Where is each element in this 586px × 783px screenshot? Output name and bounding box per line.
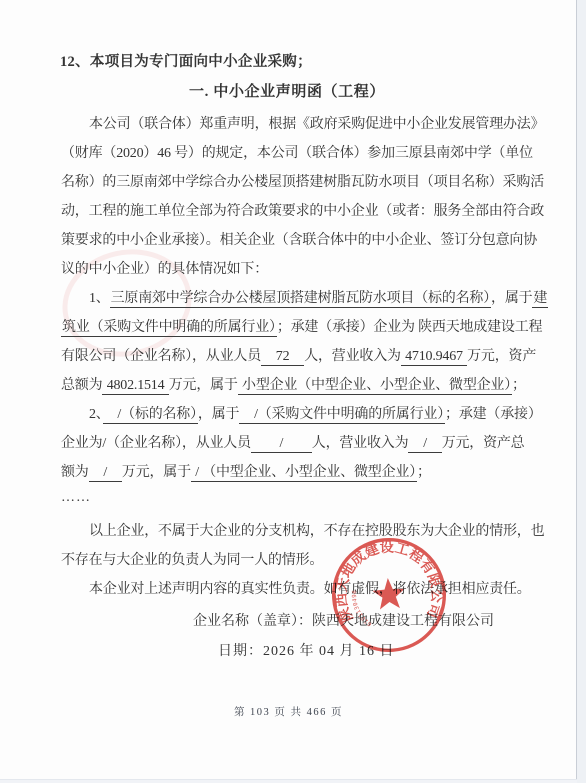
underlined-text: 筑业（采购文件中明确的所属行业） — [61, 320, 277, 337]
seal-serial-number: 6101130496 — [352, 588, 374, 628]
text-line: 1、三原南郊中学综合办公楼屋顶搭建树脂瓦防水项目（标的名称），属于建 — [61, 284, 533, 313]
text-line: 策要求的中小企业承接）。相关企业（含联合体中的中小企业、签订分包意向协 — [61, 226, 533, 255]
plain-text: 有限公司（企业名称），从业人员 — [61, 349, 261, 364]
plain-text: 策要求的中小企业承接）。相关企业（含联合体中的中小企业、签订分包意向协 — [61, 233, 537, 248]
text-line: 以上企业，不属于大企业的分支机构，不存在控股股东为大企业的情形，也 — [61, 517, 533, 546]
underlined-text: / — [89, 465, 122, 482]
plain-text: ； — [512, 378, 526, 393]
page-number-footer: 第 103 页 共 466 页 — [0, 704, 577, 719]
text-line: 总额为 4802.1514 万元，属于 小型企业（中型企业、小型企业、微型企业）… — [61, 371, 533, 400]
document-body: 本公司（联合体）郑重声明，根据《政府采购促进中小企业发展管理办法》（财库（202… — [61, 110, 533, 604]
plain-text: ，属于 — [198, 407, 239, 422]
underlined-text: 小型企业（中型企业、小型企业、微型企业） — [238, 378, 512, 395]
plain-text: ；承建（承接）企业为 陕西天地成建设工程 — [277, 320, 543, 335]
document-page: 12、本项目为专门面向中小企业采购； 一. 中小企业声明函（工程） 本公司（联合… — [0, 0, 586, 783]
text-line: 有限公司（企业名称），从业人员 72 人，营业收入为 4710.9467 万元，… — [61, 342, 533, 371]
plain-text: 万元，属于 — [169, 378, 238, 393]
star-icon — [372, 577, 406, 610]
plain-text: （财库（2020）46 号）的规定，本公司（联合体）参加三原县南郊中学（单位 — [61, 146, 533, 161]
text-line: …… — [61, 487, 533, 509]
plain-text: 名称）的三原南郊中学综合办公楼屋顶搭建树脂瓦防水项目（项目名称）采购活 — [61, 175, 544, 190]
plain-text: ；承建（承接） — [445, 407, 542, 422]
page-right-edge — [576, 0, 586, 783]
document-title: 一. 中小企业声明函（工程） — [0, 80, 574, 101]
plain-text: 不存在与大企业的负责人为同一人的情形。 — [61, 553, 323, 568]
plain-text: …… — [61, 490, 91, 505]
text-line: 不存在与大企业的负责人为同一人的情形。 — [61, 546, 533, 575]
plain-text: 万元，资产 — [467, 349, 536, 364]
plain-text: 万元，属于 — [122, 465, 191, 480]
underlined-text: /（采购文件中明确的所属行业） — [239, 407, 445, 424]
clause-heading: 12、本项目为专门面向中小企业采购； — [60, 50, 312, 71]
text-line: 企业为/（企业名称），从业人员 / 人，营业收入为 / 万元，资产总 — [61, 429, 533, 458]
underlined-text: 三原南郊中学综合办公楼屋顶搭建树脂瓦防水项目（标的名称） — [110, 291, 491, 308]
plain-text: ，属于 — [491, 291, 532, 306]
underlined-text: / （中型企业、小型企业、微型企业） — [191, 465, 417, 482]
underlined-text: 建 — [532, 291, 548, 308]
text-line: 动，工程的施工单位全部为符合政策要求的中小企业（或者：服务全部由符合政 — [61, 197, 533, 226]
plain-text: 人，营业收入为 — [312, 436, 409, 451]
text-line: 额为 / 万元，属于 / （中型企业、小型企业、微型企业）； — [61, 458, 533, 487]
company-seal-stamp: 陕西天地成建设工程有限公司 6101130496 — [325, 531, 453, 659]
text-line: 名称）的三原南郊中学综合办公楼屋顶搭建树脂瓦防水项目（项目名称）采购活 — [61, 168, 533, 197]
text-line: 本企业对上述声明内容的真实性负责。如有虚假，将依法承担相应责任。 — [61, 575, 533, 604]
underlined-text: /（标的名称） — [103, 407, 198, 424]
text-line: 本公司（联合体）郑重声明，根据《政府采购促进中小企业发展管理办法》 — [61, 110, 533, 139]
text-line: （财库（2020）46 号）的规定，本公司（联合体）参加三原县南郊中学（单位 — [61, 139, 533, 168]
underlined-text: / — [251, 436, 312, 453]
page-bottom-edge — [0, 779, 577, 783]
plain-text: 1、 — [89, 291, 110, 306]
text-line: 筑业（采购文件中明确的所属行业）；承建（承接）企业为 陕西天地成建设工程 — [61, 313, 533, 342]
underlined-text: 4802.1514 — [102, 378, 168, 395]
underlined-text: / — [408, 436, 441, 453]
plain-text: 人，营业收入为 — [304, 349, 401, 364]
text-line: 2、 /（标的名称），属于 /（采购文件中明确的所属行业）；承建（承接） — [61, 400, 533, 429]
plain-text: 以上企业，不属于大企业的分支机构，不存在控股股东为大企业的情形，也 — [89, 524, 544, 539]
plain-text: 本公司（联合体）郑重声明，根据《政府采购促进中小企业发展管理办法》 — [89, 117, 544, 132]
plain-text: 总额为 — [61, 378, 102, 393]
plain-text: ； — [417, 465, 431, 480]
text-line: 议的中小企业）的具体情况如下： — [61, 255, 533, 284]
plain-text: 企业为/（企业名称），从业人员 — [61, 436, 251, 451]
underlined-text: 72 — [261, 349, 304, 366]
plain-text: 本企业对上述声明内容的真实性负责。如有虚假，将依法承担相应责任。 — [89, 582, 531, 597]
plain-text: 额为 — [61, 465, 89, 480]
underlined-text: 4710.9467 — [401, 349, 467, 366]
plain-text: 万元，资产总 — [442, 436, 525, 451]
plain-text: 动，工程的施工单位全部为符合政策要求的中小企业（或者：服务全部由符合政 — [61, 204, 544, 219]
plain-text: 2、 — [89, 407, 103, 422]
plain-text: 议的中小企业）的具体情况如下： — [61, 262, 268, 277]
